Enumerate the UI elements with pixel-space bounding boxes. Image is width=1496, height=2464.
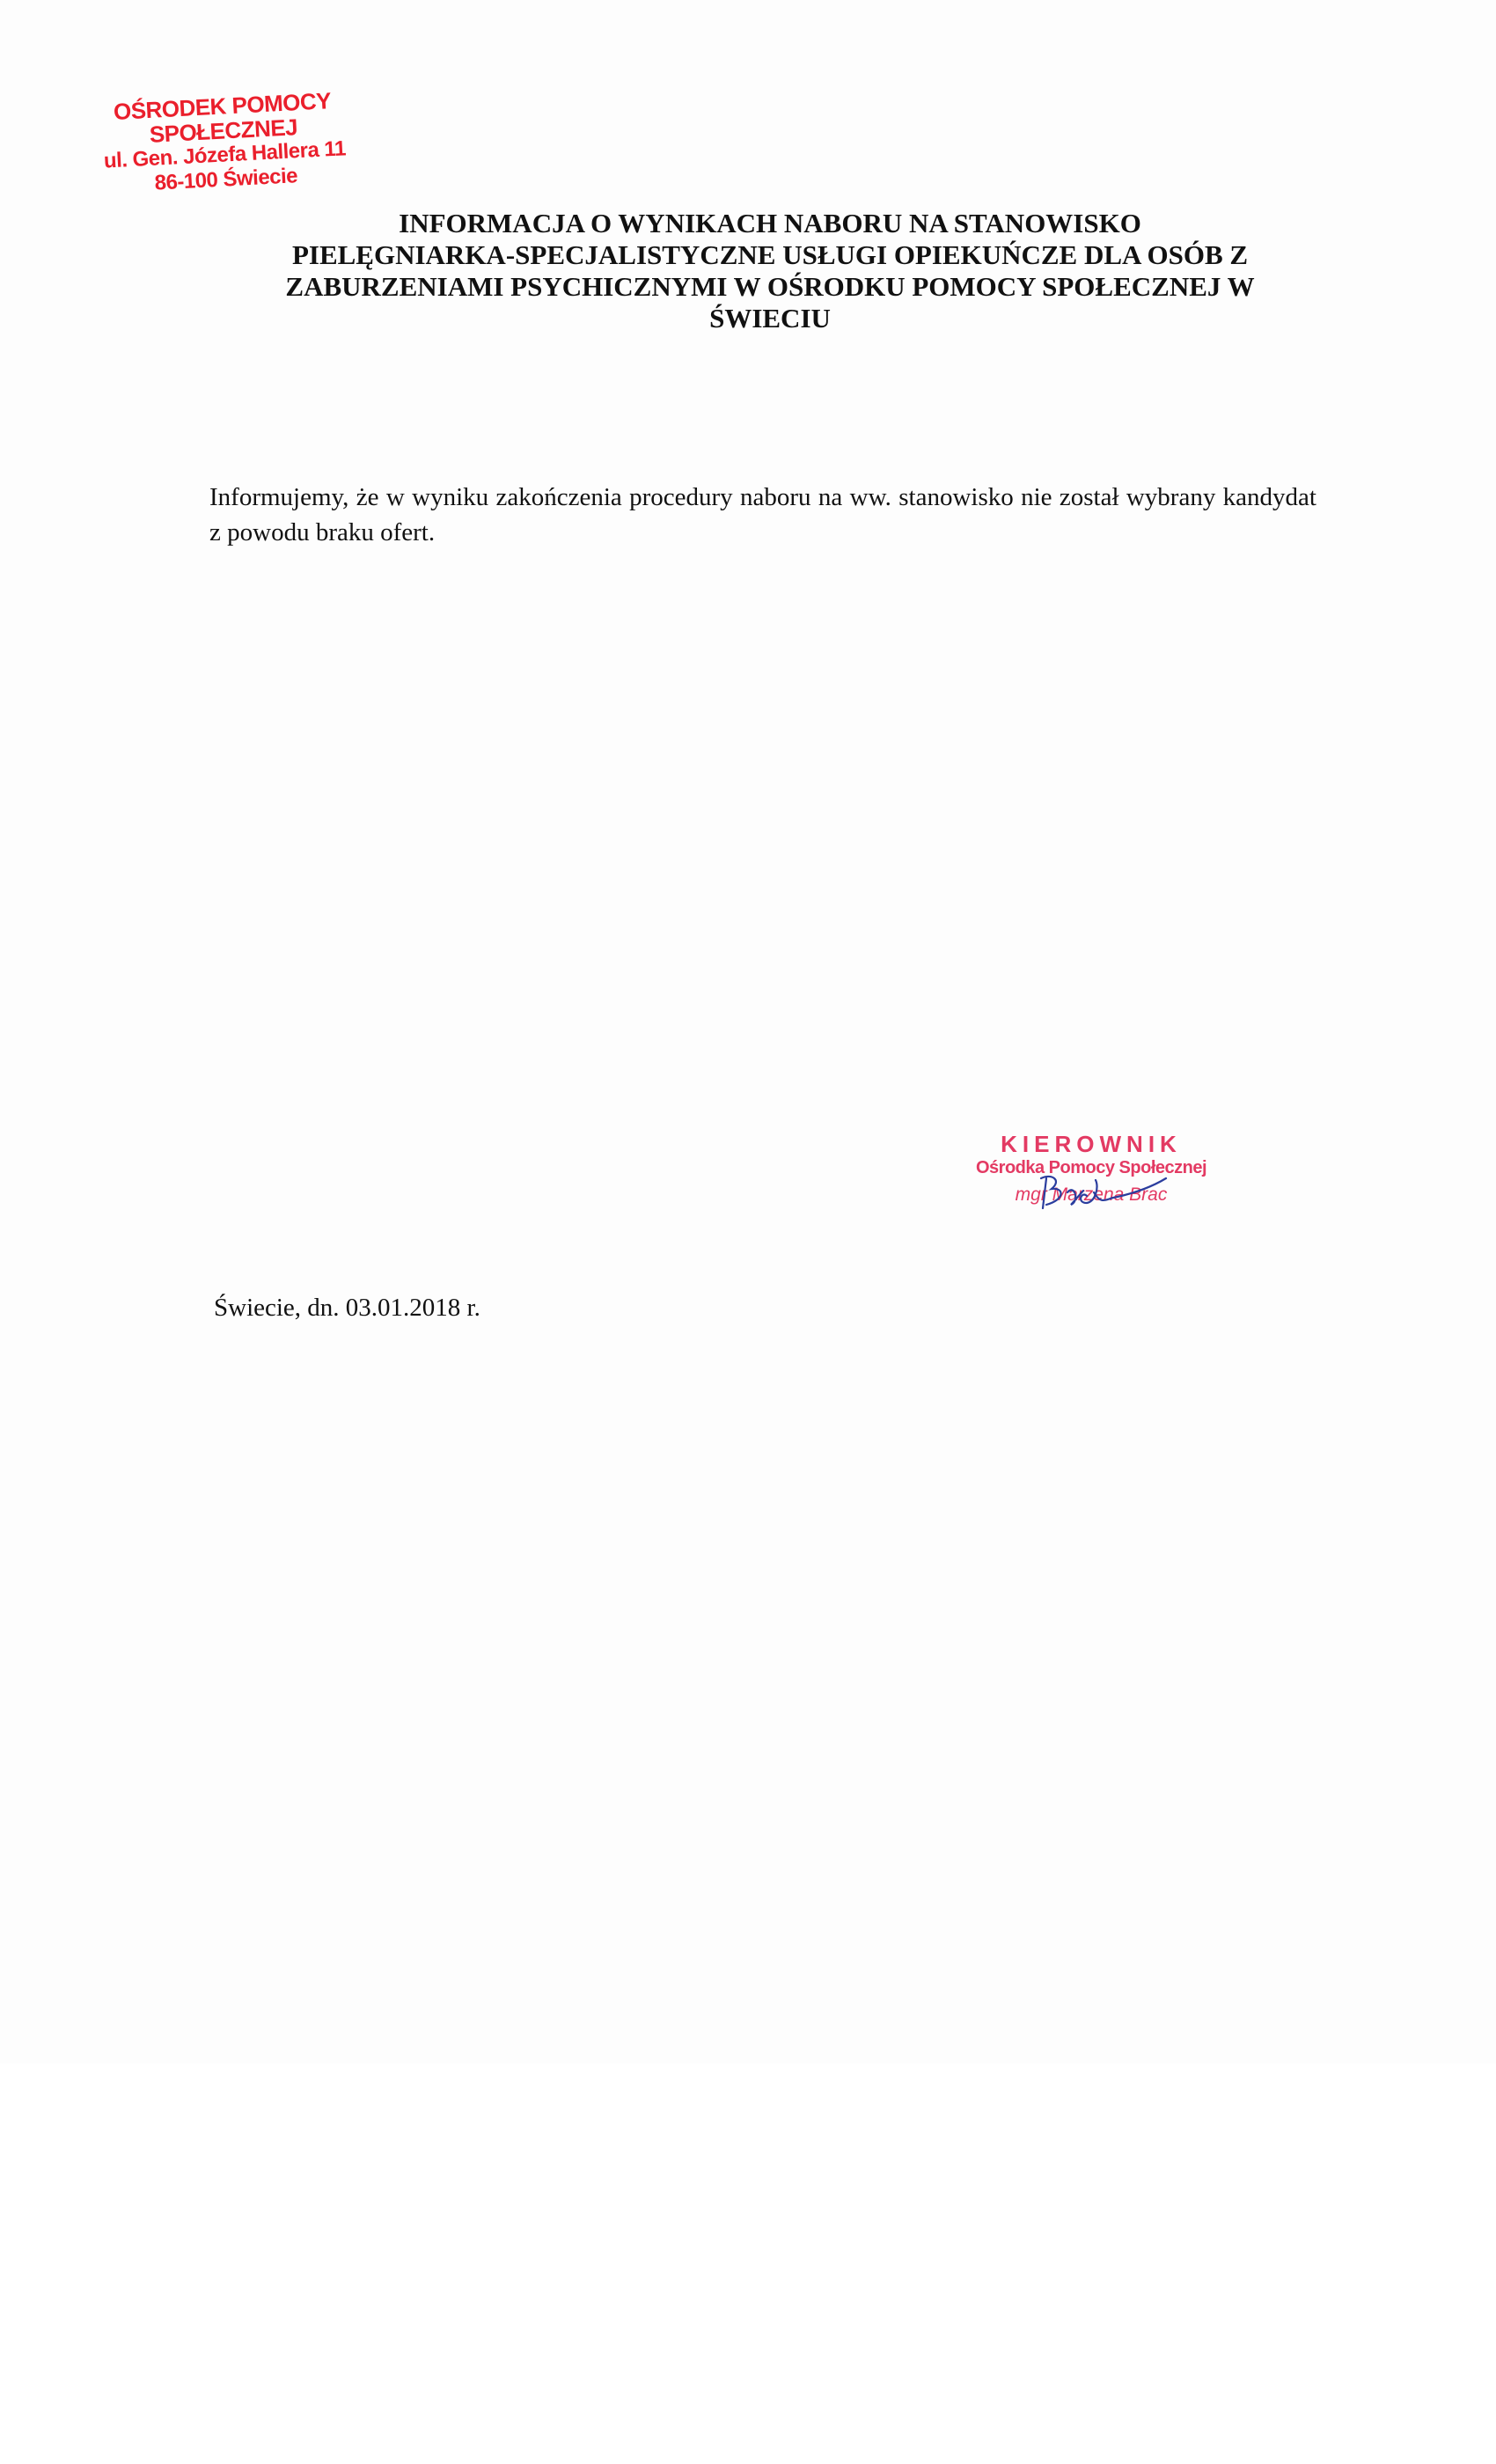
signature-stamp: KIEROWNIK Ośrodka Pomocy Społecznej mgr … — [964, 1131, 1219, 1236]
title-line: INFORMACJA O WYNIKACH NABORU NA STANOWIS… — [202, 208, 1338, 239]
title-line: ŚWIECIU — [202, 303, 1338, 334]
scanned-page: OŚRODEK POMOCY SPOŁECZNEJ ul. Gen. Józef… — [0, 0, 1496, 2064]
handwritten-signature-icon — [1025, 1170, 1175, 1222]
title-line: ZABURZENIAMI PSYCHICZNYMI W OŚRODKU POMO… — [202, 271, 1338, 303]
organization-stamp: OŚRODEK POMOCY SPOŁECZNEJ ul. Gen. Józef… — [63, 85, 385, 201]
stamp-role: KIEROWNIK — [964, 1131, 1219, 1157]
place-and-date: Świecie, dn. 03.01.2018 r. — [214, 1294, 480, 1323]
title-line: PIELĘGNIARKA-SPECJALISTYCZNE USŁUGI OPIE… — [202, 239, 1338, 271]
body-paragraph: Informujemy, że w wyniku zakończenia pro… — [209, 480, 1316, 550]
document-title: INFORMACJA O WYNIKACH NABORU NA STANOWIS… — [202, 208, 1338, 334]
